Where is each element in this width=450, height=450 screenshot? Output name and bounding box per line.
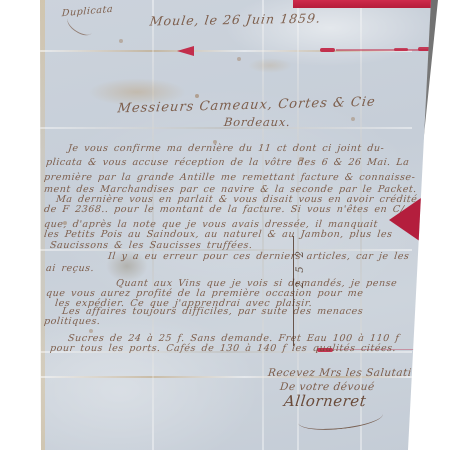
body-line: Je vous confirme ma dernière du 11 ct do…: [67, 143, 384, 154]
body-line: Saucissons & les Saucisses truffées.: [49, 240, 253, 251]
letter-paper: Duplicata Moule, le 26 Juin 1859. Messie…: [0, 0, 450, 450]
body-line: pour tous les ports. Cafés de 130 à 140 …: [49, 343, 396, 354]
body-line: ai reçus.: [45, 263, 94, 274]
recipient-city: Bordeaux.: [223, 115, 291, 129]
body-line: les Petits Pois au Saindoux, au naturel …: [43, 229, 393, 240]
red-transfer-mark: [418, 47, 430, 51]
red-transfer-mark: [394, 48, 408, 51]
body-line: plicata & vous accuse réception de la vô…: [45, 157, 410, 168]
closing-salutation: Recevez Mrs les Salutations: [267, 367, 432, 379]
foxing-specks: [0, 0, 2, 2]
body-line: politiques.: [43, 316, 101, 327]
red-transfer-mark: [336, 49, 428, 51]
postal-mark-text: 252: [295, 242, 306, 288]
letter-photo: Duplicata Moule, le 26 Juin 1859. Messie…: [0, 0, 450, 450]
dateline: Moule, le 26 Juin 1859.: [149, 11, 322, 29]
body-line: Les affaires toujours difficiles, par su…: [61, 306, 363, 317]
body-line: première par la grande Antille me remett…: [43, 172, 416, 183]
red-transfer-mark: [177, 46, 194, 56]
body-line: Il y a eu erreur pour ces derniers artic…: [107, 251, 409, 262]
foxing-stain: [248, 58, 292, 73]
body-line: de F 2368.. pour le montant de la factur…: [43, 204, 404, 215]
red-border-band: [293, 0, 431, 8]
vertical-postal-mark: 252: [293, 236, 310, 346]
red-transfer-mark: [320, 48, 335, 52]
